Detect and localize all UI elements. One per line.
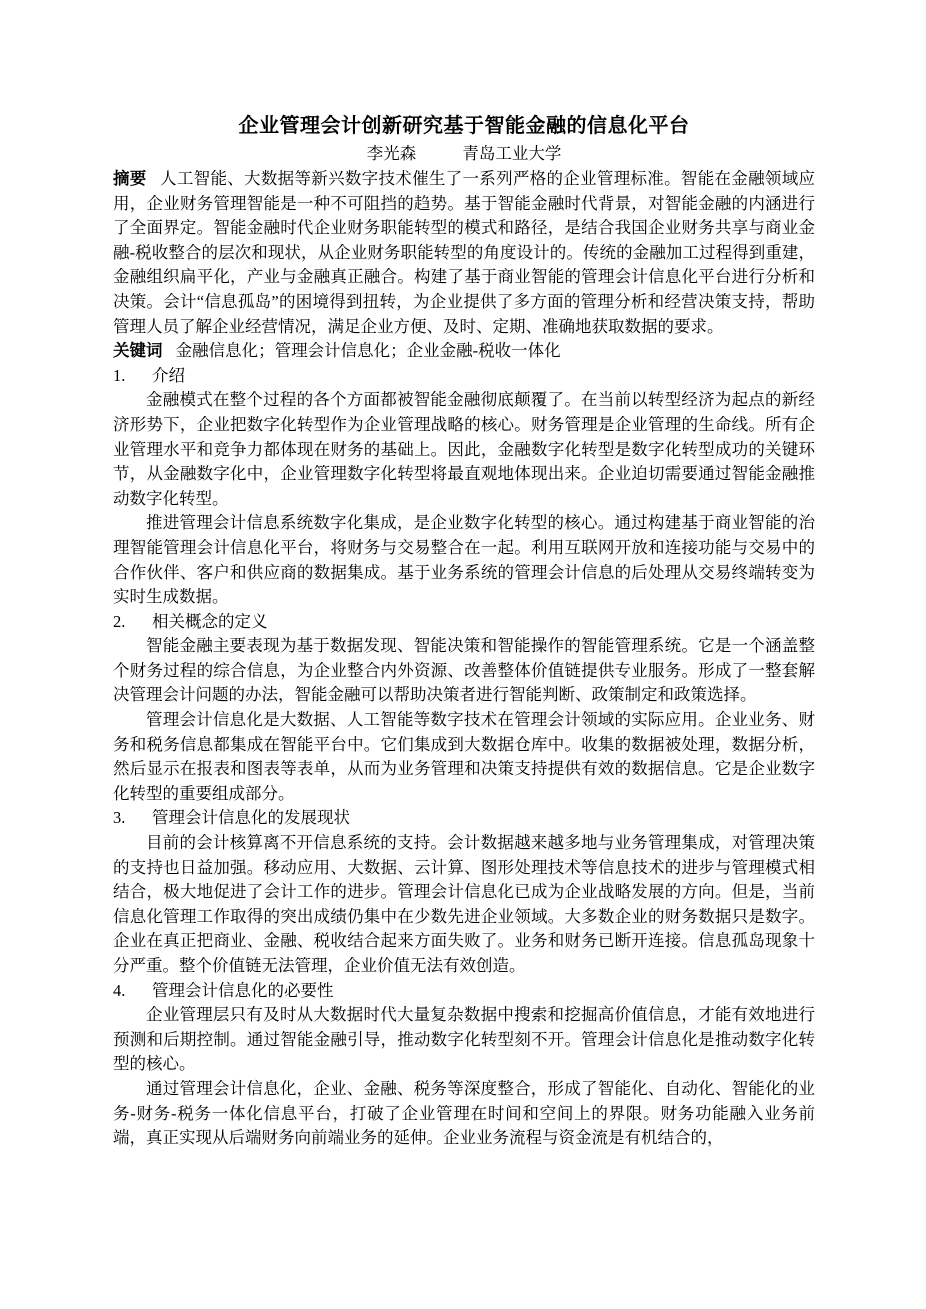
section-title: 相关概念的定义 xyxy=(152,612,268,631)
section-paragraph: 智能金融主要表现为基于数据发现、智能决策和智能操作的智能管理系统。它是一个涵盖整… xyxy=(113,634,815,708)
section-heading-2: 2.相关概念的定义 xyxy=(113,610,815,635)
section-paragraph: 管理会计信息化是大数据、人工智能等数字技术在管理会计领域的实际应用。企业业务、财… xyxy=(113,708,815,806)
section-heading-1: 1.介绍 xyxy=(113,364,815,389)
document-title: 企业管理会计创新研究基于智能金融的信息化平台 xyxy=(113,112,815,140)
section-paragraph: 推进管理会计信息系统数字化集成，是企业数字化转型的核心。通过构建基于商业智能的治… xyxy=(113,511,815,609)
keywords-block: 关键词 金融信息化；管理会计信息化；企业金融-税收一体化 xyxy=(113,339,815,364)
section-paragraph: 目前的会计核算离不开信息系统的支持。会计数据越来越多地与业务管理集成，对管理决策… xyxy=(113,831,815,979)
section-number: 2. xyxy=(113,610,152,635)
section-heading-4: 4.管理会计信息化的必要性 xyxy=(113,979,815,1004)
section-paragraph: 企业管理层只有及时从大数据时代大量复杂数据中搜索和挖掘高价值信息，才能有效地进行… xyxy=(113,1003,815,1077)
keywords-text: 金融信息化；管理会计信息化；企业金融-税收一体化 xyxy=(176,341,561,360)
abstract-block: 摘要 人工智能、大数据等新兴数字技术催生了一系列严格的企业管理标准。智能在金融领… xyxy=(113,167,815,339)
section-number: 1. xyxy=(113,364,152,389)
keywords-label: 关键词 xyxy=(113,341,163,360)
abstract-label: 摘要 xyxy=(113,169,147,188)
section-number: 3. xyxy=(113,806,152,831)
author-line: 李光森 青岛工业大学 xyxy=(113,140,815,167)
section-paragraph: 金融模式在整个过程的各个方面都被智能金融彻底颠覆了。在当前以转型经济为起点的新经… xyxy=(113,388,815,511)
document-body: 摘要 人工智能、大数据等新兴数字技术催生了一系列严格的企业管理标准。智能在金融领… xyxy=(113,167,815,1151)
author-name: 李光森 xyxy=(367,144,417,163)
section-title: 管理会计信息化的必要性 xyxy=(152,981,334,1000)
document-page: 企业管理会计创新研究基于智能金融的信息化平台 李光森 青岛工业大学 摘要 人工智… xyxy=(0,0,926,1309)
section-paragraph: 通过管理会计信息化，企业、金融、税务等深度整合，形成了智能化、自动化、智能化的业… xyxy=(113,1077,815,1151)
abstract-text: 人工智能、大数据等新兴数字技术催生了一系列严格的企业管理标准。智能在金融领域应用… xyxy=(113,169,815,336)
section-title: 介绍 xyxy=(152,366,185,385)
author-affiliation: 青岛工业大学 xyxy=(462,144,561,163)
section-title: 管理会计信息化的发展现状 xyxy=(152,808,350,827)
section-heading-3: 3.管理会计信息化的发展现状 xyxy=(113,806,815,831)
section-number: 4. xyxy=(113,979,152,1004)
